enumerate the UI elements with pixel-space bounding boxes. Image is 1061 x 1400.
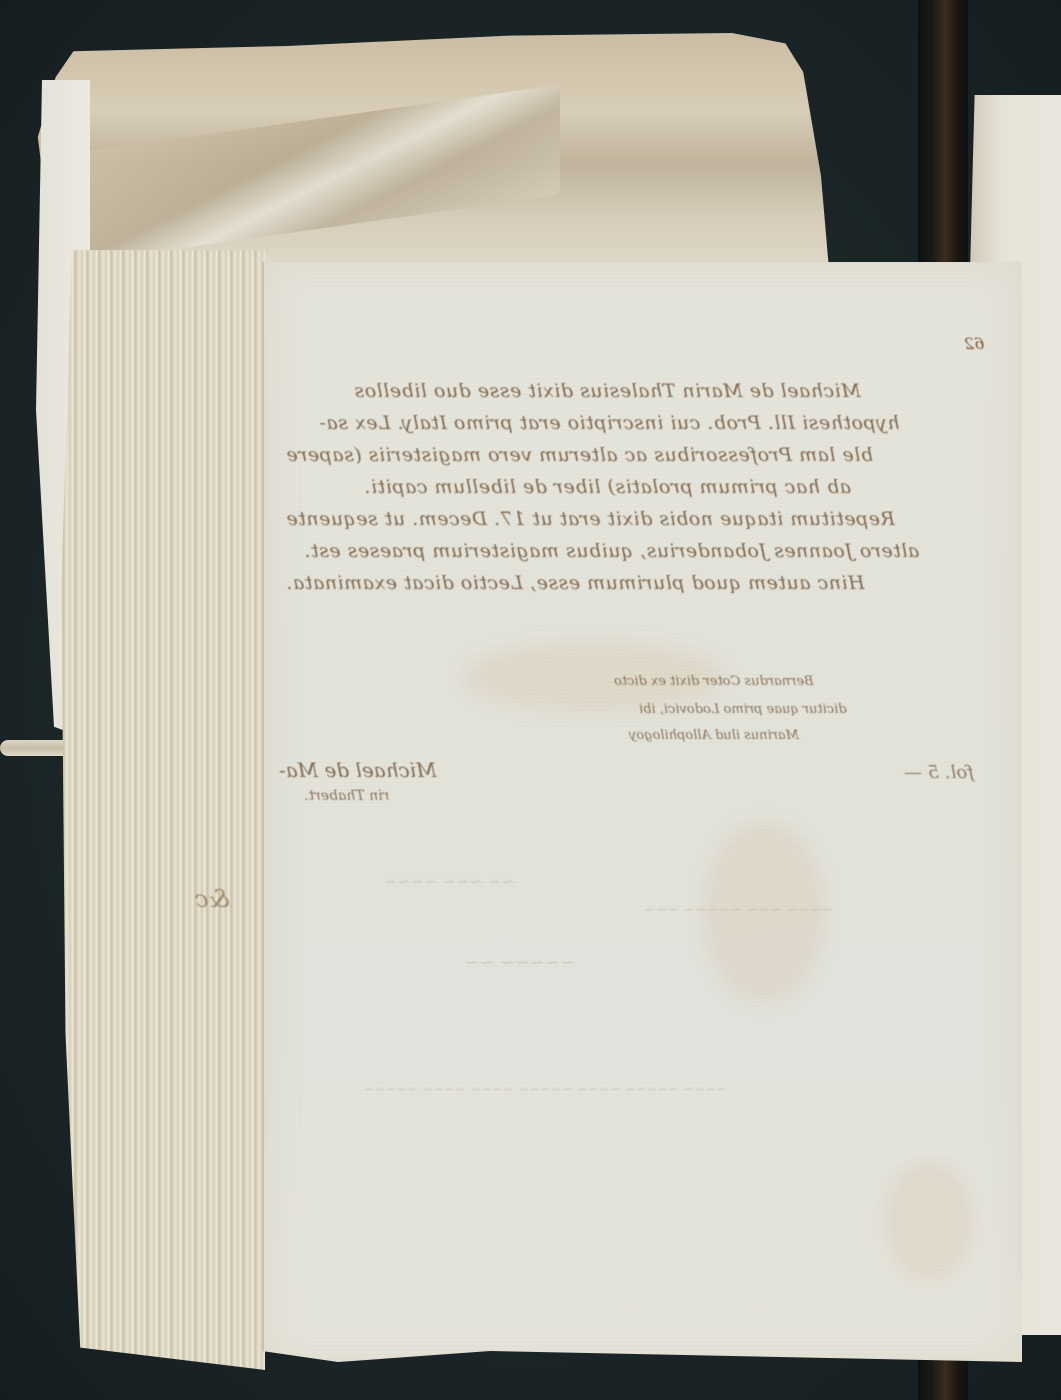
foxing-stain (704, 822, 824, 1002)
signature-line-1: Michael de Ma- (279, 758, 437, 782)
left-margin-scribble: &c (195, 885, 230, 913)
text-line: Hinc autem quod plurimum esse, Lectio di… (286, 572, 865, 594)
bleed-through-text: ~~ ~~~ ~~~~ (384, 872, 515, 891)
signature-line-2: rin Thabert. (304, 788, 389, 804)
foxing-stain (464, 642, 724, 712)
folio-number: 62 (964, 334, 984, 353)
page-edges-left (55, 250, 265, 1370)
bleed-through-text: ~~~~ ~~~ ~~~~~ ~~~ (644, 902, 833, 918)
text-line: ble lam Professoribus ac alterum vero ma… (286, 444, 873, 466)
bleed-through-text: ~~~~ ~~~~~ ~~~~ ~~~~~ ~~~~ ~~~~ ~~~~~ (364, 1082, 726, 1097)
text-line: hypothesi Ill. Prob. cui inscriptio erat… (319, 412, 900, 434)
bleed-through-text: ~~~~~ ~~ (464, 952, 575, 973)
text-line: Repetitum itaque nobis dixit erat ut 17.… (286, 508, 895, 530)
note-line: Marinus ilud Allophilogoy (629, 728, 799, 743)
text-line: altero Joannes Jobanderius, quibus magis… (304, 540, 919, 562)
note-line: dicitur quae primo Lodovici, ibi (639, 702, 847, 717)
foxing-stain (884, 1162, 974, 1282)
manuscript-page: 62 Michael de Marin Thalesius dixit esse… (262, 262, 1022, 1362)
text-line: ab hac primum prolatis) liber de libellu… (364, 476, 851, 498)
text-line: Michael de Marin Thalesius dixit esse du… (354, 380, 861, 402)
note-line: Bernardus Coter dixit ex dicto (614, 674, 814, 689)
marginal-mark: fol. 5 — (904, 762, 974, 783)
